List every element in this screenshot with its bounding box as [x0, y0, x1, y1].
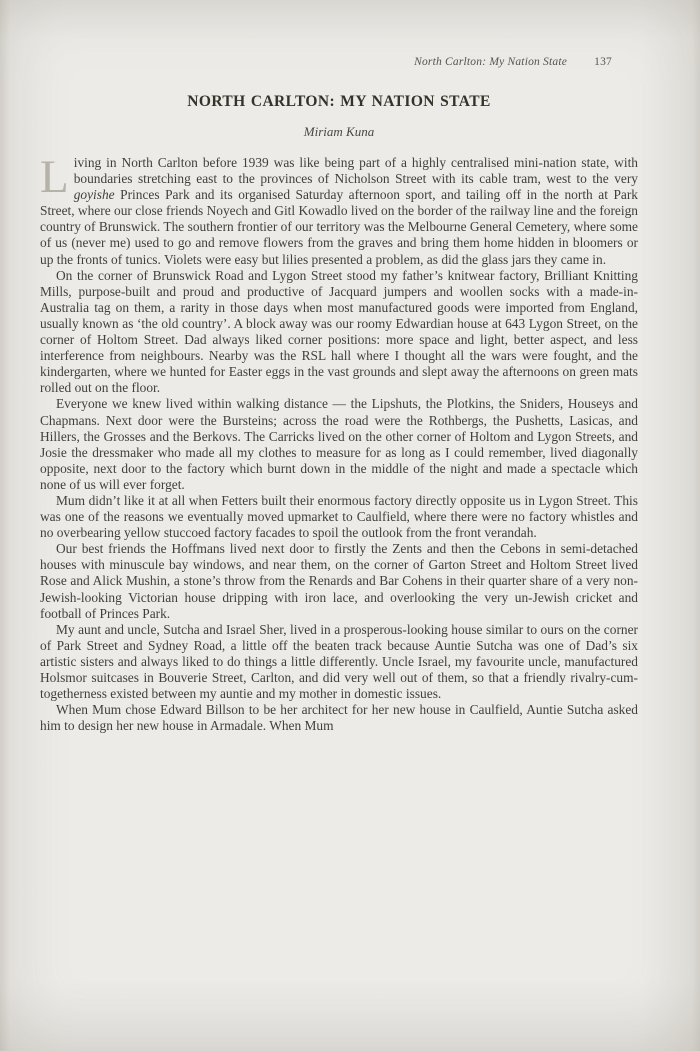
paragraph-1: Living in North Carlton before 1939 was …: [40, 155, 638, 268]
drop-cap: L: [40, 157, 69, 201]
body-text: Living in North Carlton before 1939 was …: [40, 155, 638, 734]
paragraph-6: My aunt and uncle, Sutcha and Israel She…: [40, 622, 638, 702]
paragraph-3: Everyone we knew lived within walking di…: [40, 396, 638, 493]
paragraph-1-text: iving in North Carlton before 1939 was l…: [74, 155, 638, 186]
yiddish-term: goyishe: [74, 187, 115, 202]
paragraph-1-text-continued: Princes Park and its organised Saturday …: [40, 187, 638, 266]
book-page: North Carlton: My Nation State 137 NORTH…: [0, 0, 700, 1051]
paragraph-4: Mum didn’t like it at all when Fetters b…: [40, 493, 638, 541]
paragraph-2: On the corner of Brunswick Road and Lygo…: [40, 268, 638, 397]
page-number: 137: [594, 56, 612, 68]
chapter-title: NORTH CARLTON: MY NATION STATE: [40, 93, 638, 111]
author-byline: Miriam Kuna: [40, 124, 638, 140]
running-header-title: North Carlton: My Nation State: [414, 56, 567, 68]
paragraph-7: When Mum chose Edward Billson to be her …: [40, 702, 638, 734]
paragraph-5: Our best friends the Hoffmans lived next…: [40, 541, 638, 621]
running-header: North Carlton: My Nation State 137: [40, 56, 638, 68]
